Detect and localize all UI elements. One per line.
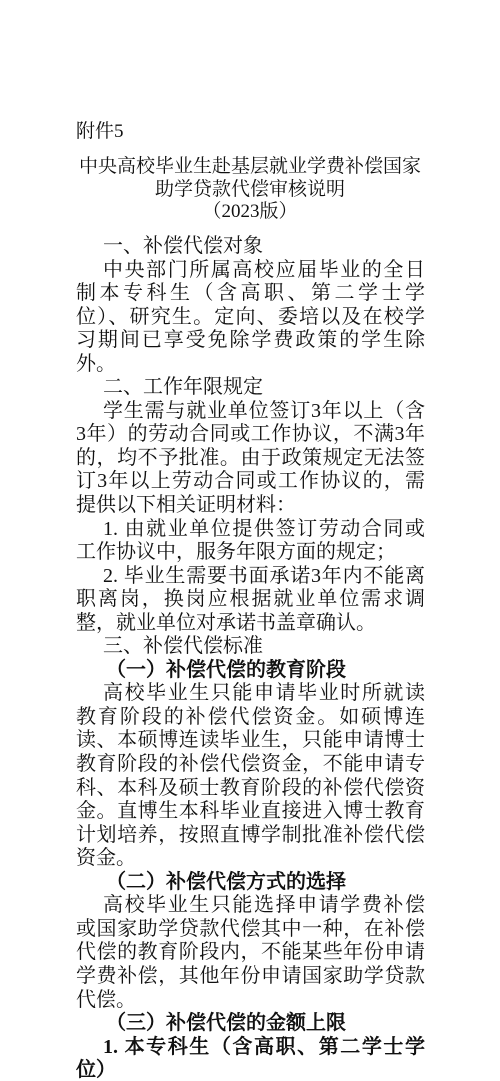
paragraph-line: 代偿的教育阶段内，不能某些年份申请 bbox=[76, 941, 425, 965]
paragraph-line: 3年）的劳动合同或工作协议，不满3年 bbox=[76, 423, 425, 447]
paragraph-line: 习期间已享受免除学费政策的学生除 bbox=[76, 329, 425, 353]
paragraph-line: 金。直博生本科毕业直接进入博士教育 bbox=[76, 800, 425, 824]
paragraph-line: 高校毕业生只能选择申请学费补偿 bbox=[76, 894, 425, 918]
list-item-line: 2. 毕业生需要书面承诺3年内不能离 bbox=[76, 565, 425, 589]
paragraph-line: 订3年以上劳动合同或工作协议的，需 bbox=[76, 470, 425, 494]
list-item-line: 整，就业单位对承诺书盖章确认。 bbox=[76, 612, 425, 636]
title-line: 助学贷款代偿审核说明 bbox=[0, 179, 500, 202]
subsection-heading-amount-limit: （三）补偿代偿的金额上限 bbox=[76, 1012, 425, 1036]
paragraph-line: 制本专科生（含高职、第二学士学 bbox=[76, 282, 425, 306]
paragraph-line: 提供以下相关证明材料： bbox=[76, 494, 425, 518]
paragraph-line: 科、本科及硕士教育阶段的补偿代偿资 bbox=[76, 777, 425, 801]
section-heading-work-years: 二、工作年限规定 bbox=[76, 376, 425, 400]
attachment-label: 附件5 bbox=[76, 120, 124, 144]
paragraph-line: 外。 bbox=[76, 353, 425, 377]
paragraph-line: 代偿。 bbox=[76, 989, 425, 1013]
paragraph-line: 的，均不予批准。由于政策规定无法签 bbox=[76, 447, 425, 471]
section-heading-standards: 三、补偿代偿标准 bbox=[76, 635, 425, 659]
paragraph-line: 读、本硕博连读毕业生，只能申请博士 bbox=[76, 729, 425, 753]
title-line: 中央高校毕业生赴基层就业学费补偿国家 bbox=[0, 156, 500, 179]
paragraph-line: 或国家助学贷款代偿其中一种，在补偿 bbox=[76, 918, 425, 942]
paragraph-line: 高校毕业生只能申请毕业时所就读 bbox=[76, 682, 425, 706]
paragraph-line: 教育阶段的补偿代偿资金。如硕博连 bbox=[76, 706, 425, 730]
paragraph-line: 教育阶段的补偿代偿资金，不能申请专 bbox=[76, 753, 425, 777]
paragraph-line: 学费补偿，其他年份申请国家助学贷款 bbox=[76, 965, 425, 989]
bold-item-line: 位） bbox=[76, 1059, 425, 1081]
subsection-heading-education-stage: （一）补偿代偿的教育阶段 bbox=[76, 659, 425, 683]
paragraph-line: 中央部门所属高校应届毕业的全日 bbox=[76, 259, 425, 283]
paragraph-line: 资金。 bbox=[76, 847, 425, 871]
bold-item-line: 1. 本专科生（含高职、第二学士学 bbox=[76, 1036, 425, 1060]
document-page: 附件5 中央高校毕业生赴基层就业学费补偿国家 助学贷款代偿审核说明 （2023版… bbox=[0, 0, 500, 1081]
title-edition: （2023版） bbox=[0, 201, 500, 224]
subsection-heading-method-choice: （二）补偿代偿方式的选择 bbox=[76, 871, 425, 895]
paragraph-line: 位）、研究生。定向、委培以及在校学 bbox=[76, 306, 425, 330]
list-item-line: 1. 由就业单位提供签订劳动合同或 bbox=[76, 518, 425, 542]
document-title: 中央高校毕业生赴基层就业学费补偿国家 助学贷款代偿审核说明 （2023版） bbox=[0, 156, 500, 224]
paragraph-line: 计划培养，按照直博学制批准补偿代偿 bbox=[76, 824, 425, 848]
paragraph-line: 学生需与就业单位签订3年以上（含 bbox=[76, 400, 425, 424]
list-item-line: 工作协议中，服务年限方面的规定； bbox=[76, 541, 425, 565]
list-item-line: 职离岗，换岗应根据就业单位需求调 bbox=[76, 588, 425, 612]
section-heading-recipients: 一、补偿代偿对象 bbox=[76, 235, 425, 259]
document-body: 一、补偿代偿对象 中央部门所属高校应届毕业的全日 制本专科生（含高职、第二学士学… bbox=[76, 235, 425, 1081]
